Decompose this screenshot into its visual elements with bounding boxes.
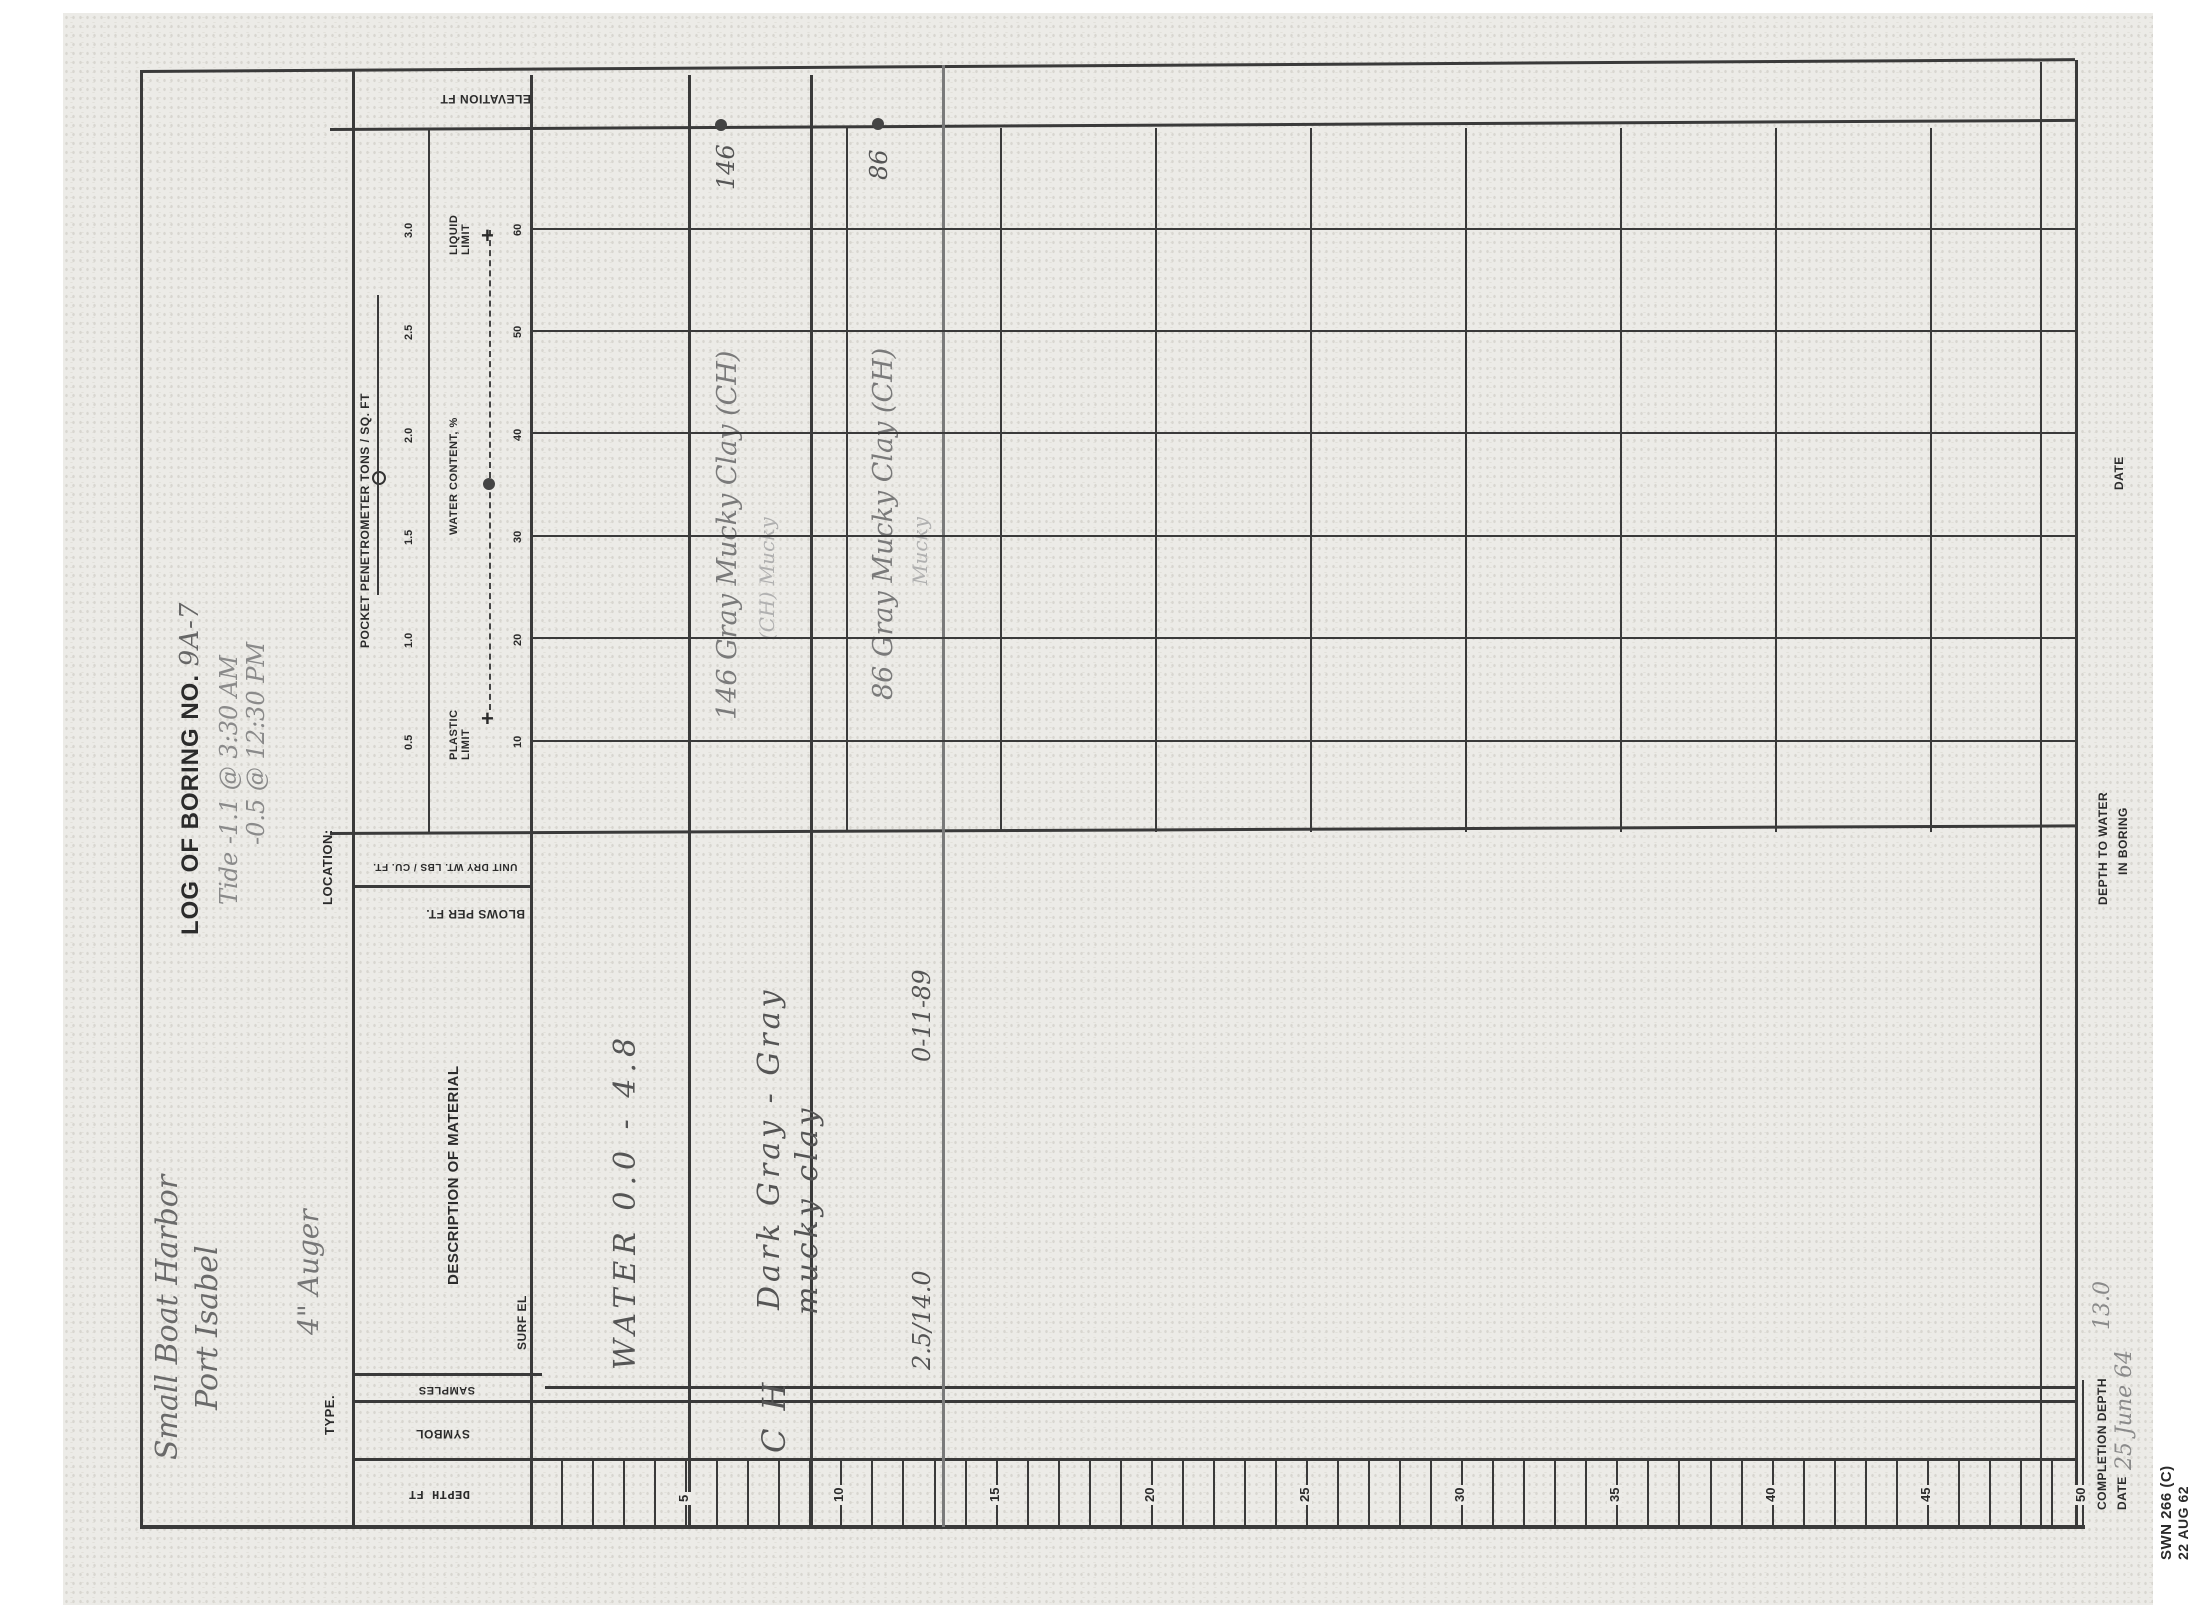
- penetrometer-tick-label: 3.0: [403, 223, 415, 238]
- depth-tick: [1182, 1460, 1184, 1525]
- plastic-limit-label: PLASTIC LIMIT: [448, 700, 472, 760]
- grid-vline: [1620, 128, 1622, 832]
- in-boring-label: IN BORING: [2116, 807, 2130, 875]
- depth-tick: [1741, 1460, 1743, 1525]
- plastic-limit-marker-icon: +: [481, 708, 494, 730]
- depth-tick-label: 45: [1918, 1485, 1933, 1505]
- penetrometer-tick-label: 1.5: [403, 530, 415, 545]
- grid-vline: [1465, 128, 1467, 832]
- water-entry: WATER 0.0 - 4.8: [608, 1032, 643, 1370]
- material-line-2: mucky clay: [790, 1105, 825, 1315]
- penetrometer-line: [377, 295, 379, 595]
- depth-tick: [1337, 1460, 1339, 1525]
- tide-line-2: -0.5 @ 12:30 PM: [242, 642, 270, 845]
- wc-point-2-icon: [872, 118, 884, 130]
- depth-to-water-label: DEPTH TO WATER: [2096, 792, 2110, 905]
- depth-tick: [1585, 1460, 1587, 1525]
- depth-tick: [561, 1460, 563, 1525]
- symbol-entry: CH: [755, 1365, 793, 1453]
- depth-tick: [716, 1460, 718, 1525]
- water-content-tick-label: 10: [512, 736, 524, 748]
- depth-tick: [1989, 1460, 1991, 1525]
- depth-tick: [2051, 1460, 2053, 1525]
- depth-tick: [1089, 1460, 1091, 1525]
- project-location: Port Isabel: [190, 1245, 225, 1410]
- frame-left: [140, 70, 143, 1527]
- depth-tick: [871, 1460, 873, 1525]
- depth-tick: [1120, 1460, 1122, 1525]
- completion-date-value: 25 June 64: [2112, 1350, 2137, 1470]
- depth-tick: [592, 1460, 594, 1525]
- depth-tick: [965, 1460, 967, 1525]
- samples-top-line: [352, 1373, 542, 1376]
- header-right-edge: [530, 75, 533, 1527]
- depth-tick-label: 20: [1142, 1485, 1157, 1505]
- depth-tick: [809, 1460, 811, 1525]
- samples-label: SAMPLES: [418, 1384, 475, 1396]
- surf-el-label: SURF EL: [515, 1295, 529, 1350]
- sample-note: 2.5/14.0: [908, 1270, 936, 1370]
- depth-tick: [1492, 1460, 1494, 1525]
- wc-value-1: 146: [712, 144, 740, 190]
- frame-right: [2075, 60, 2078, 1528]
- depth-tick: [902, 1460, 904, 1525]
- tide-line-1: Tide -1.1 @ 3:30 AM: [215, 655, 243, 905]
- grid-vline: [1310, 128, 1312, 832]
- depth-tick-label: 40: [1763, 1485, 1778, 1505]
- frame-bottom: [140, 1525, 2085, 1529]
- penetrometer-marker-icon: [372, 471, 386, 485]
- depth-tick-label: 5: [676, 1492, 691, 1505]
- depth-tick: [2020, 1460, 2022, 1525]
- depth-tick: [1896, 1460, 1898, 1525]
- completion-depth-value: 13.0: [2090, 1281, 2115, 1330]
- samples-line-b: [352, 1400, 2075, 1403]
- unit-dry-wt-label: UNIT DRY WT. LBS / CU. FT.: [370, 861, 520, 872]
- log-title-text: LOG OF BORING NO.: [177, 674, 204, 935]
- grid-vline: [1930, 128, 1932, 832]
- depth-tick-label: 25: [1297, 1485, 1312, 1505]
- water-content-text: WATER CONTENT, %: [448, 417, 460, 535]
- boring-number: 9A-7: [175, 602, 205, 667]
- water-content-tick-label: 30: [512, 531, 524, 543]
- penetrometer-label: POCKET PENETROMETER TONS / SQ. FT: [358, 393, 372, 648]
- location-label: LOCATION:: [320, 829, 335, 905]
- depth-ft-label: DEPTH FT: [408, 1487, 470, 1501]
- depth-tick-label: 15: [987, 1485, 1002, 1505]
- depth-tick: [1710, 1460, 1712, 1525]
- wc-faint-2: Mucky: [908, 517, 932, 585]
- depth-tick-label: 50: [2073, 1485, 2088, 1505]
- liquid-limit-label: LIQUID LIMIT: [448, 195, 472, 255]
- penetrometer-tick-label: 2.0: [403, 428, 415, 443]
- layer-line-11: [942, 65, 945, 1527]
- type-value: 4" Auger: [292, 1209, 325, 1335]
- depth-tick: [1027, 1460, 1029, 1525]
- grid-hline: [530, 228, 2075, 230]
- depth-tick: [1244, 1460, 1246, 1525]
- water-content-tick-label: 40: [512, 429, 524, 441]
- water-content-tick-label: 50: [512, 326, 524, 338]
- depth-tick: [1368, 1460, 1370, 1525]
- depth-tick: [747, 1460, 749, 1525]
- project-name: Small Boat Harbor: [150, 1175, 185, 1460]
- sample-code: 0-11-89: [908, 969, 936, 1062]
- wc-point-1-icon: [715, 119, 727, 131]
- penetrometer-tick-label: 0.5: [403, 735, 415, 750]
- grid-hline: [530, 330, 2075, 332]
- type-label: TYPE.: [322, 1395, 337, 1435]
- water-content-label: WATER CONTENT, %: [448, 417, 460, 535]
- material-line-1: Dark Gray - Gray: [752, 987, 787, 1310]
- depth-tick: [654, 1460, 656, 1525]
- inner-right: [2040, 62, 2042, 1528]
- depth-tick: [1865, 1460, 1867, 1525]
- scanned-page: [63, 13, 2153, 1605]
- layer-line-4-8: [688, 75, 691, 1527]
- grid-vline: [1775, 128, 1777, 832]
- depth-tick: [1647, 1460, 1649, 1525]
- depth-tick: [778, 1460, 780, 1525]
- depth-tick: [1430, 1460, 1432, 1525]
- symbol-label: SYMBOL: [416, 1427, 470, 1441]
- depth-tick: [1523, 1460, 1525, 1525]
- form-date: 22 AUG 62: [2175, 1486, 2191, 1560]
- wc-label-2: 86 Gray Mucky Clay (CH): [868, 348, 899, 700]
- grid-vline: [1000, 128, 1002, 832]
- depth-tick: [1554, 1460, 1556, 1525]
- unit-wt-bottom-line: [352, 885, 530, 888]
- depth-tick: [1399, 1460, 1401, 1525]
- date-label-2: DATE: [2112, 456, 2126, 490]
- depth-tick: [1275, 1460, 1277, 1525]
- completion-date-label: DATE: [2115, 1476, 2129, 1510]
- water-content-tick-label: 20: [512, 633, 524, 645]
- form-id: SWN 266 (C): [2158, 1465, 2175, 1560]
- depth-tick: [1803, 1460, 1805, 1525]
- wc-value-2: 86: [865, 149, 893, 180]
- title-strip-divider: [352, 70, 355, 1527]
- depth-tick-label: 35: [1607, 1485, 1622, 1505]
- grid-hline: [530, 535, 2075, 537]
- depth-tick: [934, 1460, 936, 1525]
- pen-wc-divider: [428, 128, 430, 832]
- depth-tick-label: 10: [831, 1485, 846, 1505]
- wc-dash-line: [489, 230, 491, 710]
- depth-tick: [1678, 1460, 1680, 1525]
- grid-hline: [530, 740, 2075, 742]
- blows-per-ft-label: BLOWS PER FT.: [426, 907, 525, 921]
- log-title: LOG OF BORING NO. 9A-7: [175, 602, 205, 935]
- water-content-tick-label: 60: [512, 224, 524, 236]
- grid-hline: [530, 432, 2075, 434]
- grid-vline: [1155, 128, 1157, 832]
- depth-tick: [1058, 1460, 1060, 1525]
- description-label: DESCRIPTION OF MATERIAL: [445, 1065, 462, 1285]
- grid-line-a: [846, 128, 848, 832]
- grid-hline: [530, 637, 2075, 639]
- liquid-limit-marker-icon: +: [481, 225, 494, 247]
- penetrometer-tick-label: 1.0: [403, 632, 415, 647]
- elevation-label: ELEVATION FT: [440, 92, 531, 106]
- depth-tick: [1834, 1460, 1836, 1525]
- completion-depth-label: COMPLETION DEPTH: [2095, 1378, 2109, 1510]
- penetrometer-tick-label: 2.5: [403, 325, 415, 340]
- depth-tick-label: 30: [1452, 1485, 1467, 1505]
- depth-tick: [1958, 1460, 1960, 1525]
- depth-tick: [623, 1460, 625, 1525]
- depth-tick: [1213, 1460, 1215, 1525]
